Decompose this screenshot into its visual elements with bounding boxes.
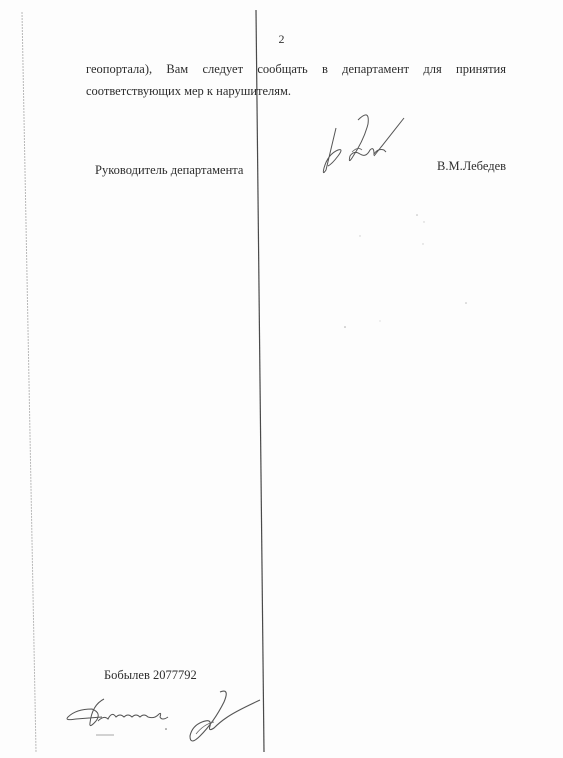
- word: следует: [202, 58, 243, 80]
- word: для: [423, 58, 441, 80]
- scan-artifact-lines: [0, 0, 563, 758]
- paragraph-line-2: соответствующих мер к нарушителям.: [86, 80, 506, 102]
- word: Вам: [166, 58, 188, 80]
- word: департамент: [342, 58, 409, 80]
- signatory-name: В.М.Лебедев: [437, 159, 506, 174]
- signatory-title: Руководитель департамента: [95, 163, 243, 178]
- body-paragraph: геопортала), Вам следует сообщать в депа…: [86, 58, 506, 102]
- executor-signature-1: [62, 695, 182, 745]
- word: в: [322, 58, 328, 80]
- word: сообщать: [257, 58, 307, 80]
- executor-info: Бобылев 2077792: [104, 668, 197, 683]
- page-number: 2: [0, 32, 563, 47]
- executor-signature-2: [180, 688, 265, 748]
- word: геопортала),: [86, 58, 152, 80]
- head-signature: [318, 110, 408, 180]
- paragraph-line-1: геопортала), Вам следует сообщать в депа…: [86, 58, 506, 80]
- document-page: 2 геопортала), Вам следует сообщать в де…: [0, 0, 563, 758]
- word: принятия: [456, 58, 506, 80]
